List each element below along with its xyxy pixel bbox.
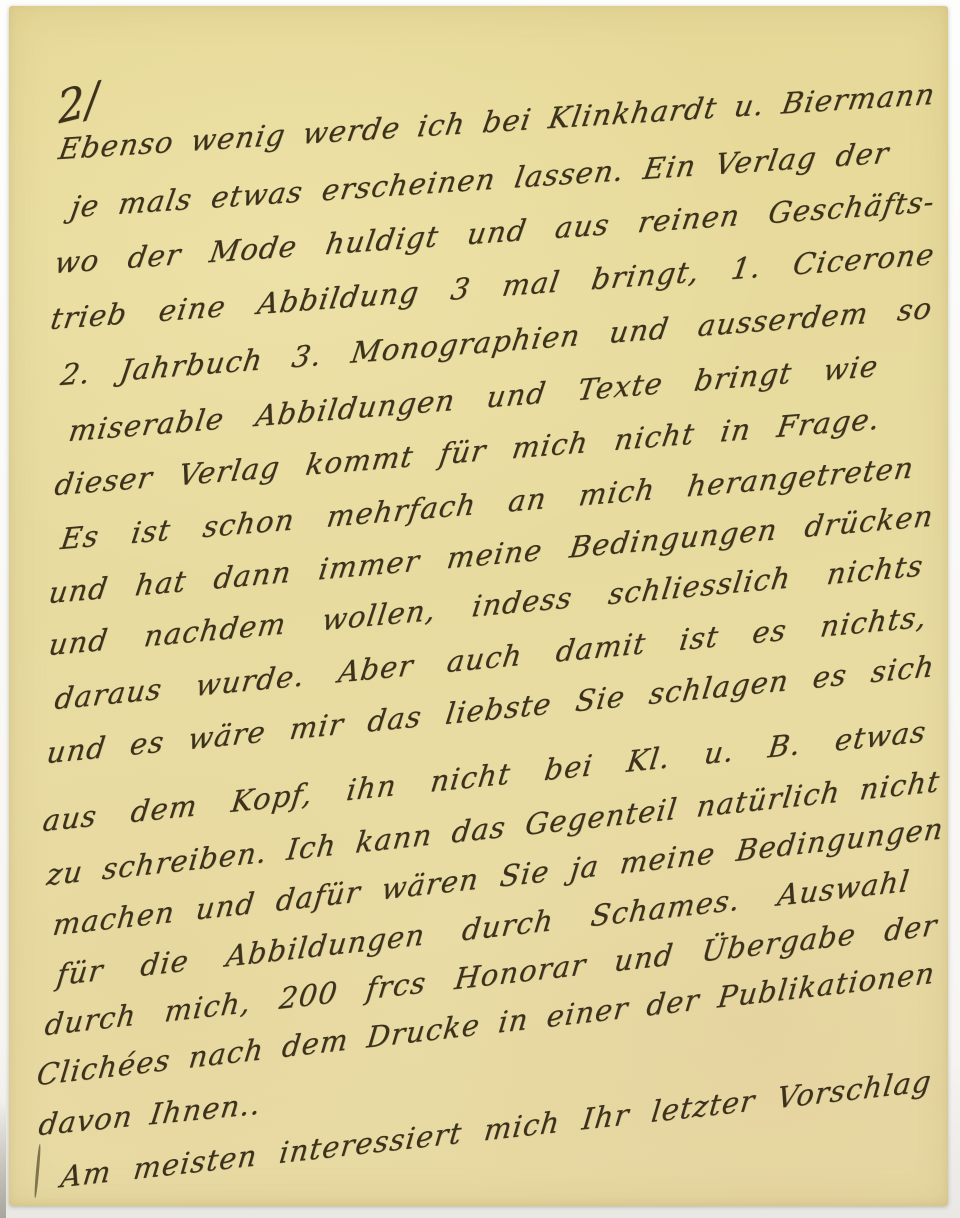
- scan-edge-shadow: [0, 1100, 6, 1218]
- letter-paper: 2/ Ebenso wenig werde ich bei Klinkhardt…: [9, 6, 948, 1206]
- stray-ink-mark: [34, 1144, 42, 1198]
- scanned-letter-page: 2/ Ebenso wenig werde ich bei Klinkhardt…: [0, 0, 960, 1218]
